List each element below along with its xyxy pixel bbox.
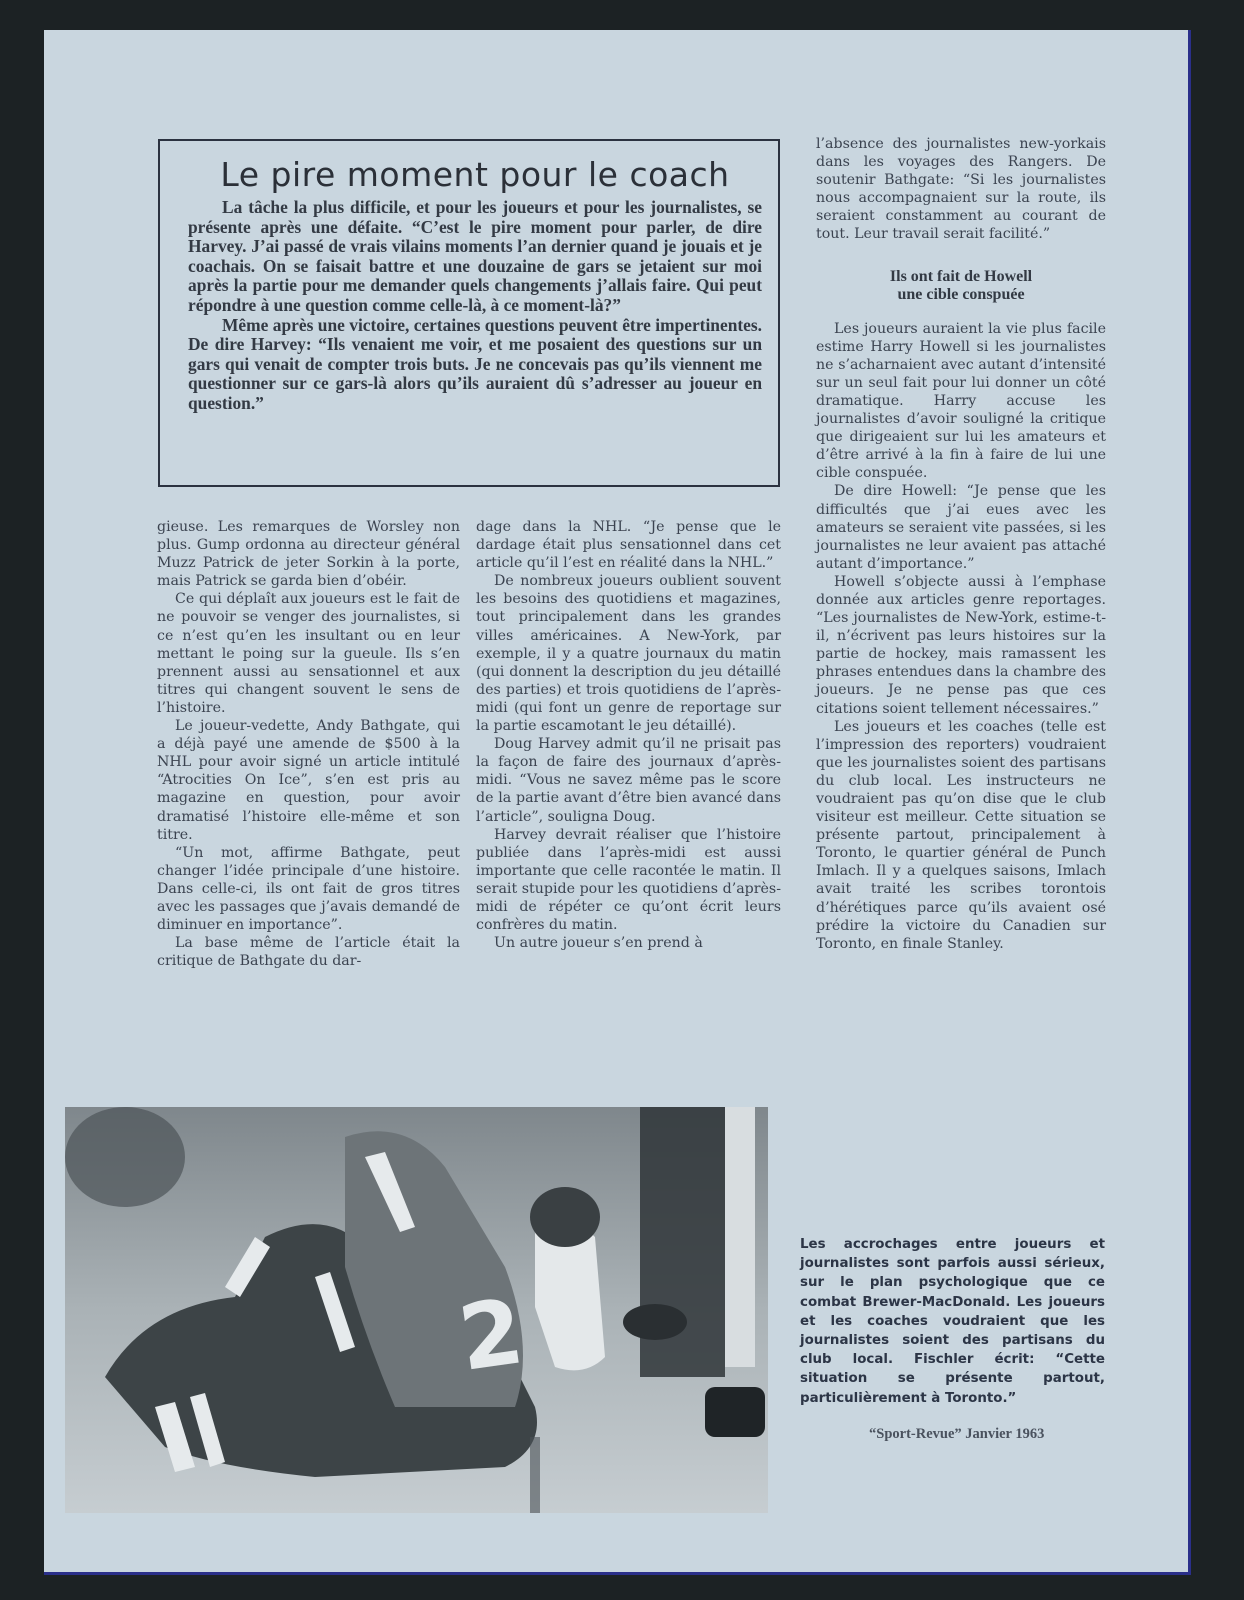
article-paragraph: Ce qui déplaît aux joueurs est le fait d…	[157, 590, 460, 717]
article-paragraph: Le joueur-vedette, Andy Bathgate, qui a …	[157, 717, 460, 844]
source-line: “Sport-Revue” Janvier 1963	[869, 1426, 1044, 1443]
article-column-3: l’absence des journalistes new-yorkais d…	[816, 135, 1106, 953]
article-column-2: dage dans la NHL. “Je pense que le darda…	[476, 518, 781, 952]
photo-caption: Les accrochages entre joueurs et journal…	[800, 1235, 1105, 1408]
sidebar-box: Le pire moment pour le coach La tâche la…	[158, 139, 780, 487]
article-paragraph: Les joueurs auraient la vie plus facile …	[816, 320, 1106, 483]
sidebar-paragraph: Même après une victoire, certaines quest…	[188, 316, 762, 414]
article-paragraph: l’absence des journalistes new-yorkais d…	[816, 135, 1106, 244]
article-column-1: gieuse. Les remarques de Worsley non plu…	[157, 518, 460, 970]
sidebar-title: Le pire moment pour le coach	[188, 155, 762, 194]
article-paragraph: Howell s’objecte aussi à l’emphase donné…	[816, 573, 1106, 718]
subheading-line: une cible conspuée	[816, 286, 1106, 304]
article-paragraph: La base même de l’article était la criti…	[157, 934, 460, 970]
hockey-photo: 2	[65, 1107, 768, 1513]
article-paragraph: De nombreux joueurs oublient souvent les…	[476, 572, 781, 735]
article-paragraph: Harvey devrait réaliser que l’histoire p…	[476, 826, 781, 935]
article-paragraph: De dire Howell: “Je pense que les diffic…	[816, 482, 1106, 572]
subheading-line: Ils ont fait de Howell	[816, 268, 1106, 286]
section-subheading: Ils ont fait de Howell une cible conspué…	[816, 268, 1106, 304]
article-paragraph: gieuse. Les remarques de Worsley non plu…	[157, 518, 460, 590]
magazine-page: Le pire moment pour le coach La tâche la…	[44, 30, 1191, 1575]
sidebar-paragraph: La tâche la plus difficile, et pour les …	[188, 198, 762, 316]
article-paragraph: dage dans la NHL. “Je pense que le darda…	[476, 518, 781, 572]
article-paragraph: Les joueurs et les coaches (telle est l’…	[816, 718, 1106, 953]
article-paragraph: Un autre joueur s’en prend à	[476, 934, 781, 952]
article-paragraph: Doug Harvey admit qu’il ne prisait pas l…	[476, 735, 781, 825]
hockey-fight-image-icon: 2	[65, 1107, 768, 1513]
article-paragraph: “Un mot, affirme Bathgate, peut changer …	[157, 844, 460, 934]
